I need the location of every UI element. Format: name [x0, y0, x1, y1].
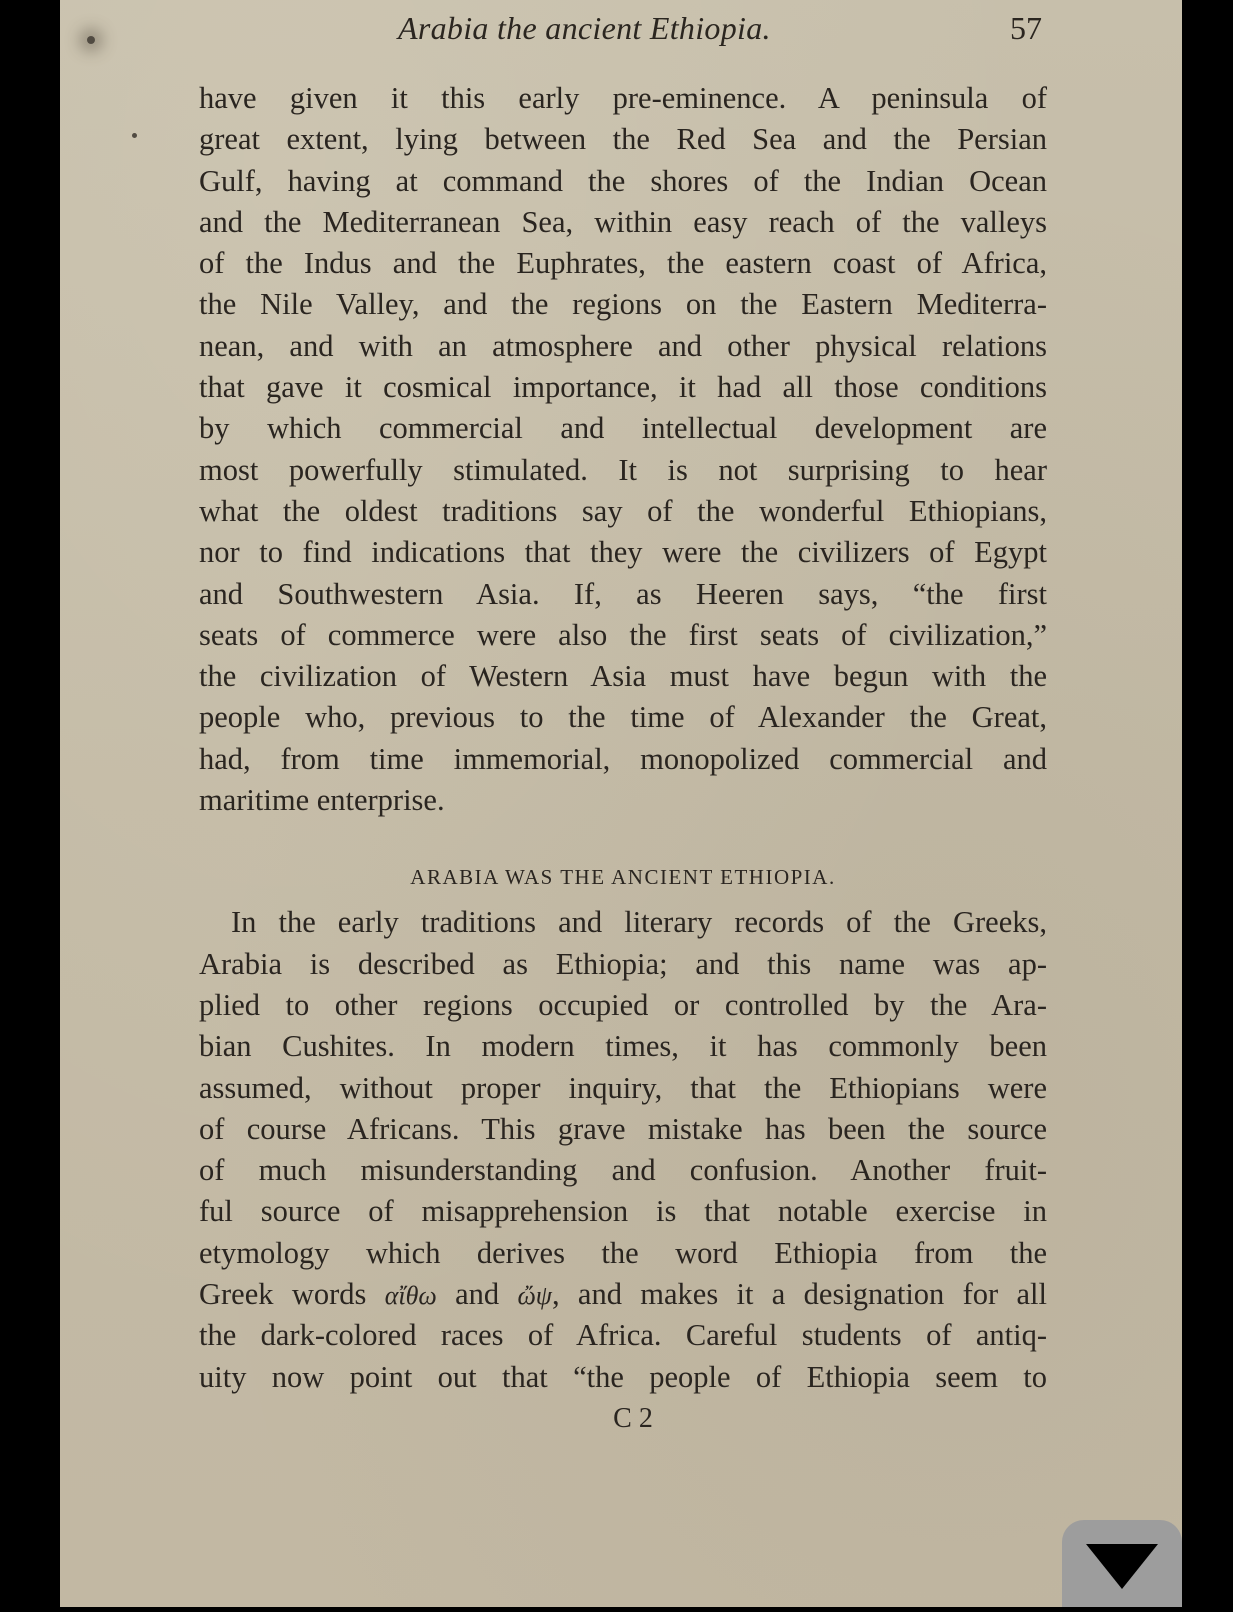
ink-speck [132, 133, 137, 138]
greek-line-before: Greek words [199, 1277, 385, 1311]
text-line: the Nile Valley, and the regions on the … [199, 284, 1047, 325]
running-title: Arabia the ancient Ethiopia. [398, 10, 771, 47]
text-line: of the Indus and the Euphrates, the east… [199, 243, 1047, 284]
text-line: that gave it cosmical importance, it had… [199, 367, 1047, 408]
page-body: have given it this early pre-eminence. A… [199, 78, 1047, 1439]
text-line: and Southwestern Asia. If, as Heeren say… [199, 574, 1047, 615]
greek-word: ὤψ [517, 1281, 552, 1310]
greek-word: αἴθω [385, 1281, 437, 1310]
text-line: nor to find indications that they were t… [199, 532, 1047, 573]
text-line: and the Mediterranean Sea, within easy r… [199, 202, 1047, 243]
paragraph-2: In the early traditions and literary rec… [199, 902, 1047, 1398]
text-line: assumed, without proper inquiry, that th… [199, 1068, 1047, 1109]
paragraph-1: have given it this early pre-eminence. A… [199, 78, 1047, 821]
next-page-button[interactable] [1062, 1520, 1182, 1612]
text-line: the dark-colored races of Africa. Carefu… [199, 1315, 1047, 1356]
text-line: maritime enterprise. [199, 780, 1047, 821]
text-line: people who, previous to the time of Alex… [199, 697, 1047, 738]
text-line: of course Africans. This grave mistake h… [199, 1109, 1047, 1150]
text-line: etymology which derives the word Ethiopi… [199, 1233, 1047, 1274]
text-line: had, from time immemorial, monopolized c… [199, 739, 1047, 780]
text-line: uity now point out that “the people of E… [199, 1357, 1047, 1398]
greek-line-after: , and makes it a designation for all [552, 1277, 1047, 1311]
text-line: what the oldest traditions say of the wo… [199, 491, 1047, 532]
text-line: ful source of misapprehension is that no… [199, 1191, 1047, 1232]
text-line: the civilization of Western Asia must ha… [199, 656, 1047, 697]
triangle-down-icon [1086, 1544, 1158, 1589]
bottom-frame [0, 1607, 1233, 1612]
text-line: In the early traditions and literary rec… [199, 902, 1047, 943]
text-line-greek: Greek words αἴθω and ὤψ, and makes it a … [199, 1274, 1047, 1315]
text-line: bian Cushites. In modern times, it has c… [199, 1026, 1047, 1067]
text-line: by which commercial and intellectual dev… [199, 408, 1047, 449]
book-page: Arabia the ancient Ethiopia. 57 have giv… [60, 0, 1182, 1607]
text-line: seats of commerce were also the first se… [199, 615, 1047, 656]
greek-line-middle: and [437, 1277, 518, 1311]
signature-mark: C 2 [199, 1398, 1047, 1439]
text-line: Gulf, having at command the shores of th… [199, 161, 1047, 202]
text-line: most powerfully stimulated. It is not su… [199, 450, 1047, 491]
section-heading: ARABIA WAS THE ANCIENT ETHIOPIA. [199, 857, 1047, 898]
text-line: nean, and with an atmosphere and other p… [199, 326, 1047, 367]
text-line: plied to other regions occupied or contr… [199, 985, 1047, 1026]
running-header: Arabia the ancient Ethiopia. 57 [60, 6, 1182, 50]
page-number: 57 [1010, 10, 1042, 47]
text-line: of much misunderstanding and confusion. … [199, 1150, 1047, 1191]
text-line: have given it this early pre-eminence. A… [199, 78, 1047, 119]
text-line: great extent, lying between the Red Sea … [199, 119, 1047, 160]
text-line: Arabia is described as Ethiopia; and thi… [199, 944, 1047, 985]
